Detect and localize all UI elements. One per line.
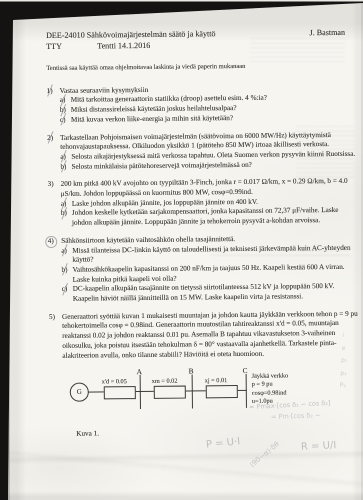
figure-caption: Kuva 1. [76,427,359,440]
question-5: 5) Generaattori syöttää kuvan 1 mukaises… [49,310,358,362]
examiner-name: J. Bastman [309,27,345,38]
printed-content: DEE-24010 Sähkövoimajärjestelmän säätö j… [46,27,359,440]
header-row-2: TTY Tentti 14.1.2016 [46,38,355,52]
exam-instruction: Tentissä saa käyttää omaa ohjelmoitavaa … [46,61,355,74]
item-text: Selosta minkälaisia pätötehoreservejä vo… [71,159,356,172]
question-4: 4) Sähkönsiirtoon käytetään vaihtosähkön… [48,234,358,305]
institution: TTY [46,40,97,52]
question-5-number: 5) [49,313,63,362]
item-label: b) [60,162,71,172]
course-code: DEE-24010 [46,31,85,40]
question-5-intro: Generaattori syöttää kuvan 1 mukaisesti … [62,310,358,362]
item-label: b) [61,209,72,229]
item-text: Johdon keskelle kytketään sarjakompensaa… [72,206,357,228]
exam-paper: DEE-24010 Sähkövoimajärjestelmän säätö j… [0,0,363,500]
bus-c [246,374,248,408]
question-3b: b) Johdon keskelle kytketään sarjakompen… [61,206,357,229]
question-3: 3) 200 km pitkä 400 kV avojohto on tyypi… [48,177,357,229]
question-2b: b) Selosta minkälaisia pätötehoreservejä… [60,159,356,172]
circuit-figure: A B C G x'd = 0.05 xm = 0.02 xj = 0.01 J… [50,367,359,418]
exam-name-date: Tentti 14.1.2016 [97,40,150,52]
question-2: 2) Tarkastellaan Pohjoismaisen voimajärj… [47,130,356,172]
question-1-number: 1) [47,87,60,126]
generator-reactance-label: x'd = 0.05 [102,378,127,385]
network-voltage: u=1.0pu [252,397,289,406]
question-4c: c) DC-kaapelin alkupään tasajännite on t… [62,282,358,305]
stiff-network-data: Jäykkä verkko p = 9 pu cosφ=0.98ind u=1.… [252,373,289,406]
item-label: c) [60,116,71,126]
question-1: 1) Vastaa seuraaviin kysymyksiin a) Mitä… [47,83,356,125]
pencil-circle-mark: 4) [45,236,57,248]
question-3-number: 3) [48,180,62,229]
line-reactance-label: xj = 0.01 [205,377,228,384]
item-text: Mitä kuvaa verkon liike-energia ja mihin… [71,113,356,126]
transformer-reactance-box [154,386,186,399]
item-text: DC-kaapelin alkupään tasajännite on tiet… [73,282,358,304]
course-title-line: DEE-24010 Sähkövoimajärjestelmän säätö j… [46,28,216,41]
pencil-power-formula: P = U·I [206,436,241,451]
network-label: Jäykkä verkko [252,373,289,382]
transformer-reactance-label: xm = 0.02 [152,378,178,385]
pencil-scribble: (90−α)·δθ [248,440,280,469]
question-1c: c) Mitä kuvaa verkon liike-energia ja mi… [60,113,356,126]
item-label: c) [62,285,73,305]
pencil-resistance-formula: R = U/I [301,440,337,453]
course-title: Sähkövoimajärjestelmän säätö ja käyttö [87,29,216,39]
generator-reactance-box [104,386,136,399]
line-reactance-box [206,385,238,398]
question-2-number: 2) [47,133,60,172]
bus-b [192,375,194,409]
question-4-number: 4) [48,237,62,305]
generator-symbol: G [70,383,89,402]
bus-a [140,375,142,409]
network-powerfactor: cosφ=0.98ind [252,389,289,398]
scanner-background: DEE-24010 Sähkövoimajärjestelmän säätö j… [0,0,363,500]
